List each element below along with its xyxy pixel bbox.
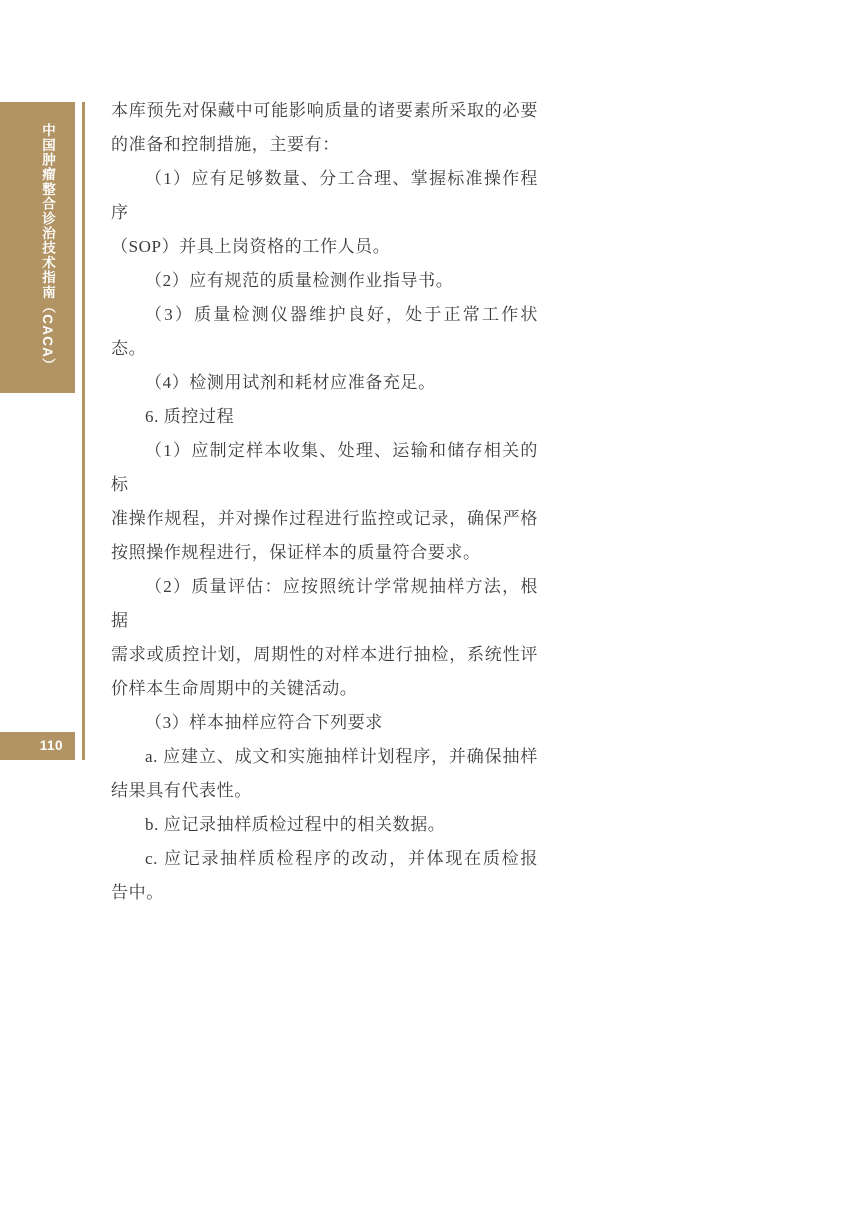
text-line: 需求或质控计划，周期性的对样本进行抽检，系统性评	[111, 638, 538, 672]
text-line: a. 应建立、成文和实施抽样计划程序，并确保抽样	[111, 740, 538, 774]
text-line: 结果具有代表性。	[111, 774, 538, 808]
text-line: （SOP）并具上岗资格的工作人员。	[111, 230, 538, 264]
sidebar-divider-rule	[82, 102, 85, 760]
text-line: c. 应记录抽样质检程序的改动，并体现在质检报	[111, 842, 538, 876]
text-line: b. 应记录抽样质检过程中的相关数据。	[111, 808, 538, 842]
page-number-badge: 110	[0, 732, 75, 760]
text-line: 6. 质控过程	[111, 400, 538, 434]
sidebar-title-bar: 中国肿瘤整合诊治技术指南（CACA）	[0, 102, 75, 393]
text-line: 按照操作规程进行，保证样本的质量符合要求。	[111, 536, 538, 570]
text-line: （2）应有规范的质量检测作业指导书。	[111, 264, 538, 298]
body-text-column: 本库预先对保藏中可能影响质量的诸要素所采取的必要 的准备和控制措施，主要有： （…	[111, 94, 538, 910]
text-line: 告中。	[111, 876, 538, 910]
text-line: （1）应有足够数量、分工合理、掌握标准操作程序	[111, 162, 538, 230]
text-line: （2）质量评估：应按照统计学常规抽样方法，根据	[111, 570, 538, 638]
text-line: （1）应制定样本收集、处理、运输和储存相关的标	[111, 434, 538, 502]
text-line: 的准备和控制措施，主要有：	[111, 128, 538, 162]
text-line: 本库预先对保藏中可能影响质量的诸要素所采取的必要	[111, 94, 538, 128]
text-line: 价样本生命周期中的关键活动。	[111, 672, 538, 706]
book-title-vertical: 中国肿瘤整合诊治技术指南（CACA）	[37, 123, 57, 373]
text-line: （3）样本抽样应符合下列要求	[111, 706, 538, 740]
text-line: （4）检测用试剂和耗材应准备充足。	[111, 366, 538, 400]
text-line: 准操作规程，并对操作过程进行监控或记录，确保严格	[111, 502, 538, 536]
text-line: （3）质量检测仪器维护良好，处于正常工作状态。	[111, 298, 538, 366]
book-page: 中国肿瘤整合诊治技术指南（CACA） 110 本库预先对保藏中可能影响质量的诸要…	[0, 0, 867, 1218]
